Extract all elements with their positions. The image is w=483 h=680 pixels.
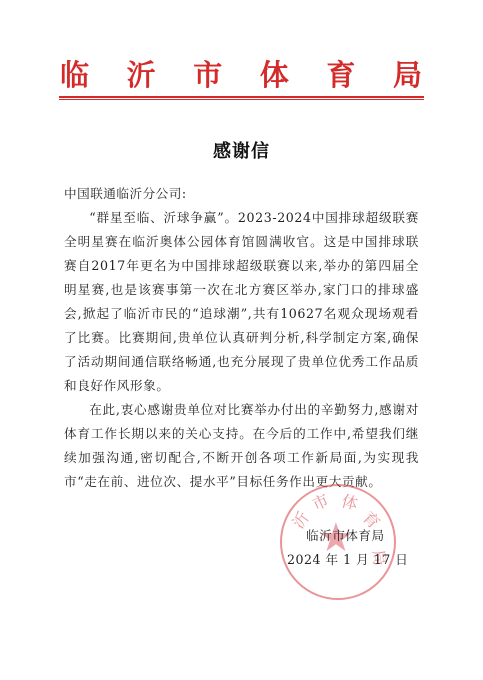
- masthead-rule-thick: [59, 96, 424, 98]
- masthead-char: 市: [193, 55, 222, 95]
- masthead-char: 临: [60, 55, 89, 95]
- salutation: 中国联通临沂分公司:: [64, 182, 419, 206]
- masthead-rule-thin: [59, 99, 424, 100]
- masthead: 临 沂 市 体 育 局: [60, 55, 422, 95]
- paragraph-1: “群星至临、沂球争赢”。2023-2024中国排球超级联赛全明星赛在临沂奥体公园…: [64, 206, 419, 398]
- seal-char: 体: [339, 488, 360, 514]
- signature-organization: 临沂市体育局: [306, 525, 385, 544]
- letter-body: 中国联通临沂分公司: “群星至临、沂球争赢”。2023-2024中国排球超级联赛…: [64, 182, 419, 494]
- masthead-char: 育: [326, 55, 355, 95]
- document-title: 感谢信: [0, 137, 483, 163]
- masthead-char: 体: [260, 55, 289, 95]
- paragraph-2: 在此,衷心感谢贵单位对比赛举办付出的辛勤努力,感谢对体育工作长期以来的关心支持。…: [64, 398, 419, 494]
- masthead-char: 局: [393, 55, 422, 95]
- masthead-char: 沂: [127, 55, 156, 95]
- seal-char: 市: [308, 488, 332, 516]
- signature-date: 2024 年 1 月 17 日: [287, 549, 408, 568]
